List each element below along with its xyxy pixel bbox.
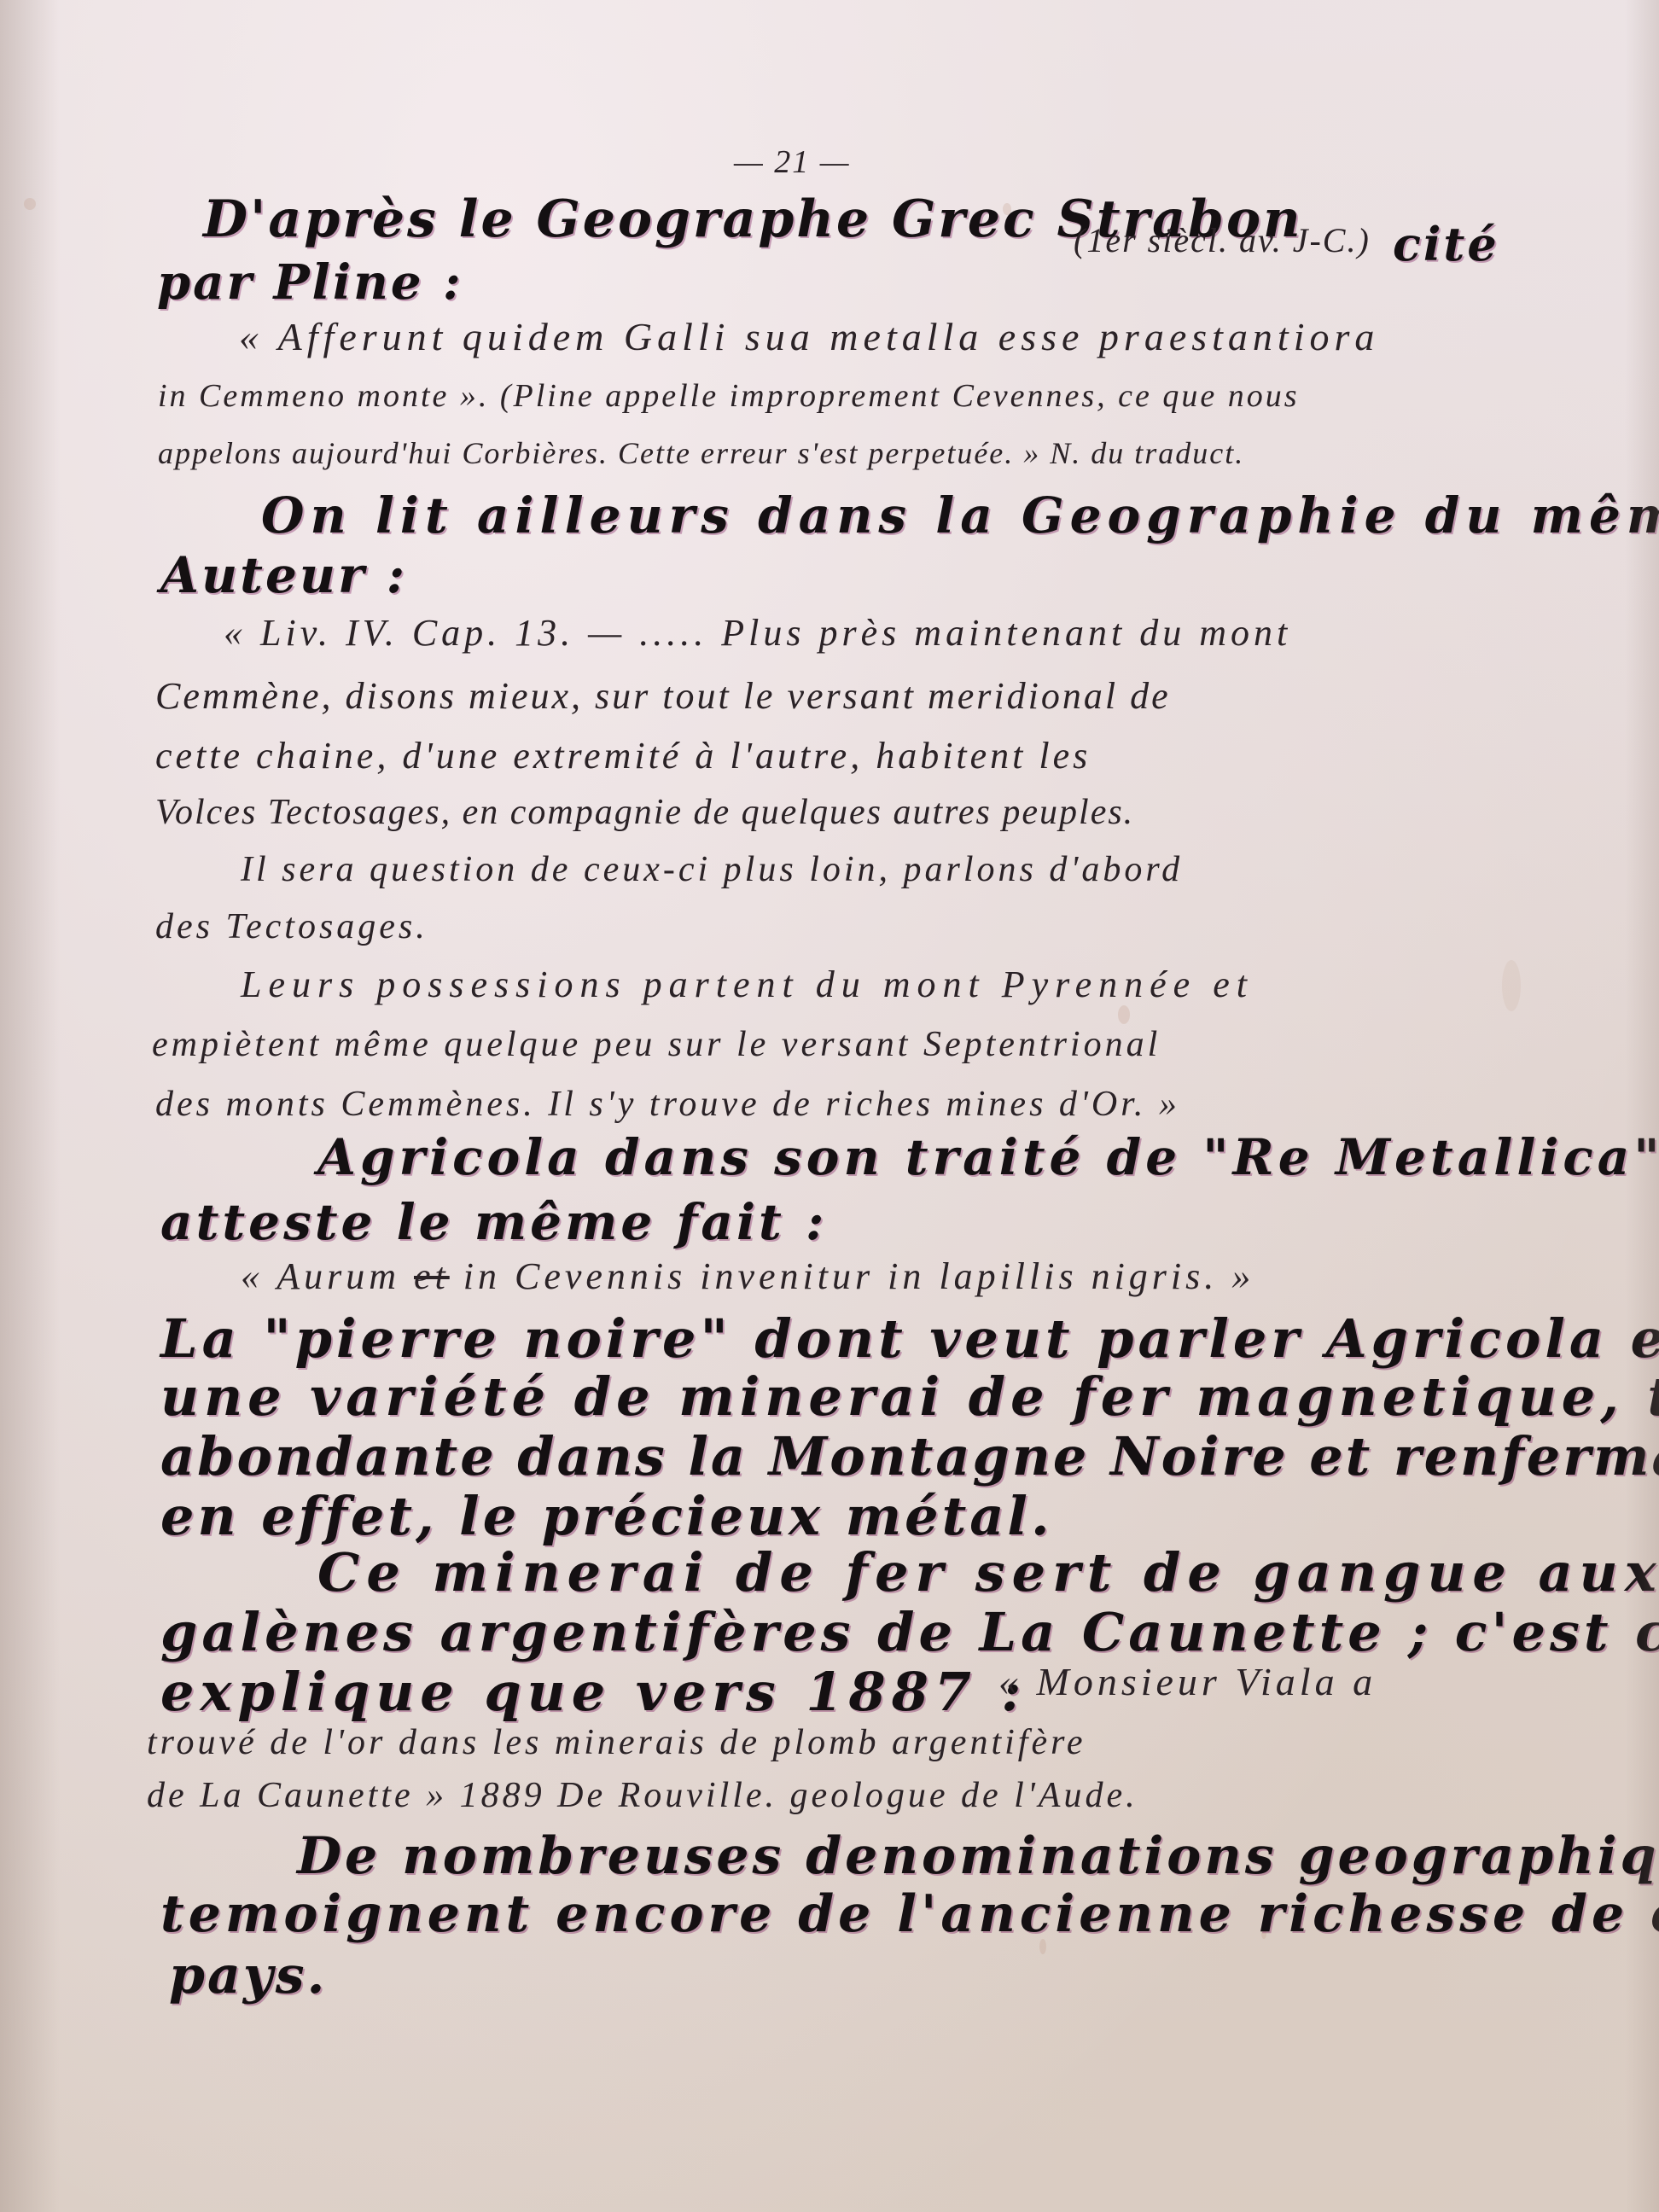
paper-stain: [1118, 1005, 1130, 1024]
manuscript-line: pays.: [169, 1946, 327, 2005]
manuscript-line: atteste le même fait :: [160, 1193, 827, 1251]
quote-text: in Cevennis invenitur in lapillis nigris…: [450, 1255, 1255, 1297]
manuscript-line: Volces Tectosages, en compagnie de quelq…: [155, 792, 1134, 833]
manuscript-line: « Liv. IV. Cap. 13. — ..... Plus près ma…: [224, 611, 1291, 655]
manuscript-line: par Pline :: [157, 254, 463, 311]
manuscript-line: galènes argentifères de La Caunette ; c'…: [160, 1601, 1659, 1663]
manuscript-line: Cemmène, disons mieux, sur tout le versa…: [155, 674, 1171, 718]
manuscript-line: de La Caunette » 1889 De Rouville. geolo…: [147, 1775, 1138, 1816]
manuscript-line: Leurs possessions partent du mont Pyrenn…: [241, 963, 1254, 1006]
manuscript-line: in Cemmeno monte ». (Pline appelle impro…: [158, 377, 1300, 415]
manuscript-line: « Afferunt quidem Galli sua metalla esse…: [239, 314, 1379, 359]
manuscript-line: abondante dans la Montagne Noire et renf…: [160, 1425, 1659, 1487]
manuscript-line: De nombreuses denominations geographique…: [297, 1826, 1659, 1886]
manuscript-line: cette chaine, d'une extremité à l'autre,…: [155, 734, 1091, 777]
manuscript-line: explique que vers 1887 :: [160, 1661, 1027, 1723]
manuscript-line: Auteur :: [160, 546, 407, 604]
paper-stain: [24, 198, 36, 210]
manuscript-line: une variété de minerai de fer magnetique…: [160, 1365, 1659, 1428]
paper-stain: [1502, 960, 1521, 1011]
struck-word: et: [414, 1255, 450, 1297]
manuscript-line: empiètent même quelque peu sur le versan…: [152, 1024, 1161, 1065]
manuscript-line: « Monsieur Viala a: [998, 1659, 1377, 1704]
manuscript-line: La "pierre noire" dont veut parler Agric…: [160, 1307, 1659, 1370]
manuscript-line: On lit ailleurs dans la Geographie du mê…: [261, 486, 1659, 544]
manuscript-line: Agricola dans son traité de "Re Metallic…: [317, 1128, 1659, 1186]
page-number: — 21 —: [734, 143, 851, 181]
manuscript-line: cité: [1393, 217, 1499, 271]
quote-text: « Aurum: [241, 1255, 414, 1297]
manuscript-line: des monts Cemmènes. Il s'y trouve de ric…: [155, 1084, 1180, 1125]
manuscript-line: Ce minerai de fer sert de gangue aux: [317, 1541, 1659, 1604]
manuscript-line: Il sera question de ceux-ci plus loin, p…: [241, 849, 1183, 890]
manuscript-line: appelons aujourd'hui Corbières. Cette er…: [158, 435, 1244, 471]
manuscript-line: en effet, le précieux métal.: [160, 1485, 1053, 1547]
manuscript-line: (1er siècl. av. J-C.): [1074, 220, 1371, 260]
manuscript-line: trouvé de l'or dans les minerais de plom…: [147, 1722, 1086, 1763]
manuscript-line: temoignent encore de l'ancienne richesse…: [160, 1884, 1659, 1944]
manuscript-line: des Tectosages.: [155, 906, 428, 947]
manuscript-line: « Aurum et in Cevennis invenitur in lapi…: [241, 1254, 1254, 1298]
manuscript-page: — 21 — D'après le Geographe Grec Strabon…: [0, 0, 1659, 2212]
